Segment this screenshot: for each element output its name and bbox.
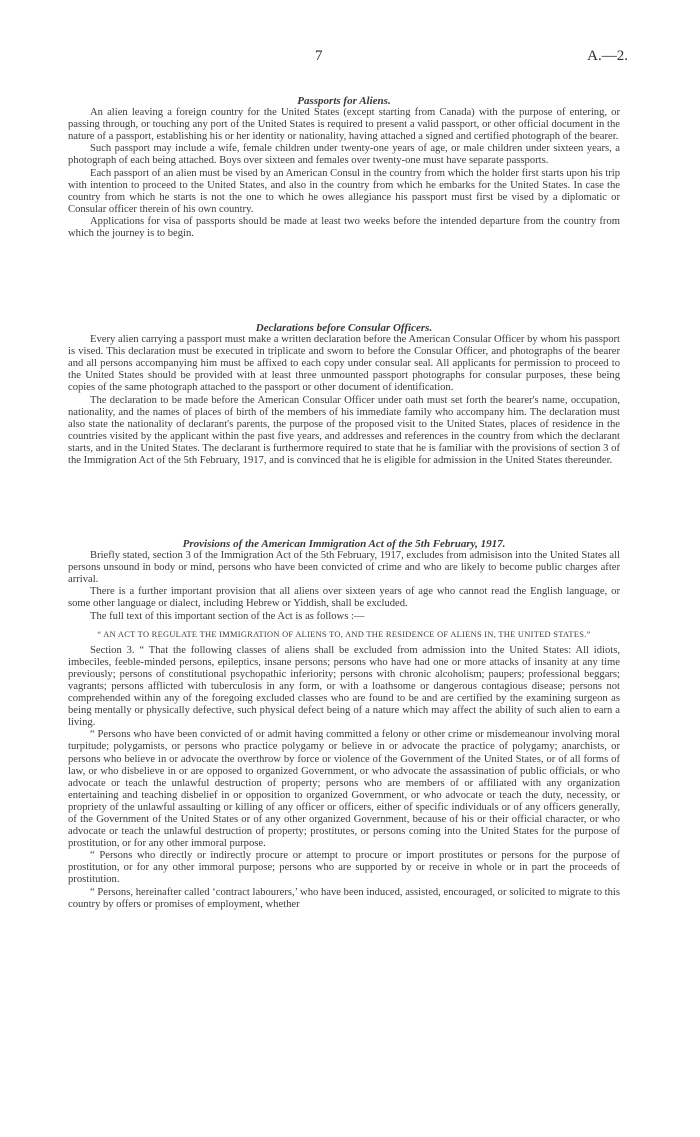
paragraph: Briefly stated, section 3 of the Immigra… (68, 550, 620, 586)
section-heading: Provisions of the American Immigration A… (68, 538, 620, 550)
section-declarations: Declarations before Consular Officers. E… (68, 322, 620, 467)
paragraph: Each passport of an alien must be vised … (68, 168, 620, 216)
section-passports: Passports for Aliens. An alien leaving a… (68, 95, 620, 240)
paragraph: The full text of this important section … (68, 611, 620, 623)
act-paragraph: “ Persons who have been convicted of or … (68, 729, 620, 850)
document-reference: A.—2. (587, 50, 628, 62)
act-paragraph: Section 3. “ That the following classes … (68, 645, 620, 730)
paragraph: Such passport may include a wife, female… (68, 143, 620, 167)
paragraph: An alien leaving a foreign country for t… (68, 107, 620, 143)
page-header: 7 A.—2. (68, 50, 620, 70)
section-heading: Passports for Aliens. (68, 95, 620, 107)
act-paragraph: “ Persons who directly or indirectly pro… (68, 850, 620, 886)
section-heading: Declarations before Consular Officers. (68, 322, 620, 334)
paragraph: Applications for visa of passports shoul… (68, 216, 620, 240)
act-title: “ AN ACT TO REGULATE THE IMMIGRATION OF … (68, 629, 620, 641)
page-number: 7 (315, 50, 323, 62)
paragraph: There is a further important provision t… (68, 586, 620, 610)
paragraph: The declaration to be made before the Am… (68, 395, 620, 468)
act-paragraph: “ Persons, hereinafter called ‘contract … (68, 887, 620, 911)
paragraph: Every alien carrying a passport must mak… (68, 334, 620, 394)
section-provisions: Provisions of the American Immigration A… (68, 538, 620, 911)
